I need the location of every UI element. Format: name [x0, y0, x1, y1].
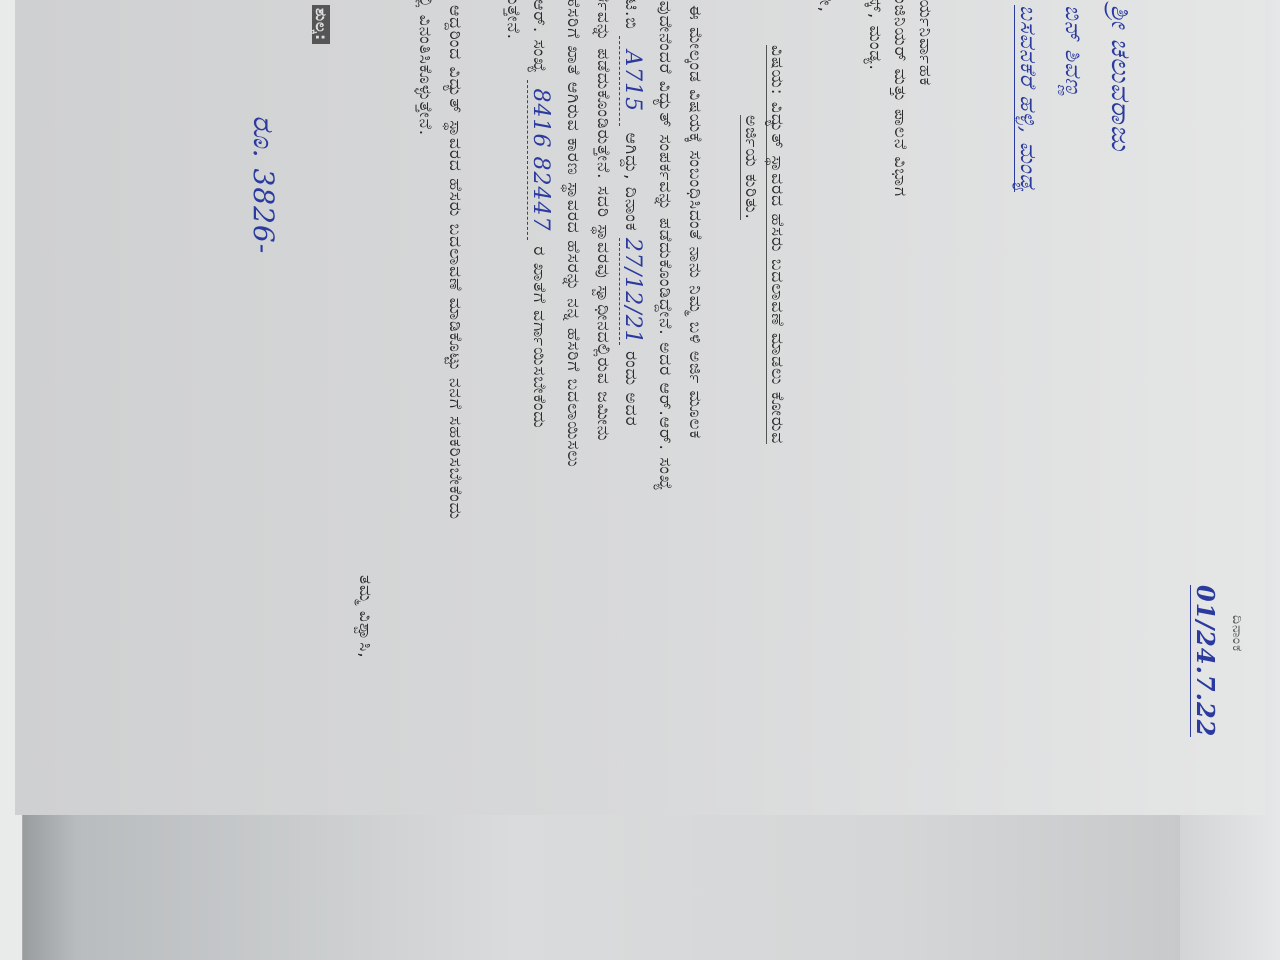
body-line: ಎಸ್.ಟಿ.ಬಿ A715 ಆಗಿದ್ದು, ದಿನಾಂಕ 27/12/21 …: [619, 0, 645, 427]
rr-number-field: A715: [619, 36, 645, 126]
account-number-field: 8416 82447: [527, 80, 553, 240]
subject-text: ವಿದ್ಯುತ್ ಸ್ಥಾವರದ ಹೆಸರು ಬದಲಾವಣೆ ಮಾಡಲು ಕೋರ…: [767, 102, 787, 444]
body-line: ಈ ಮೇಲ್ಕಂಡ ವಿಷಯಕ್ಕೆ ಸಂಬಂಧಿಸಿದಂತೆ ನಾನು ನಿಮ…: [685, 5, 705, 439]
sender-address: ಬಸವನಕೆರೆ ಹಳ್ಳಿ, ಮಂಡ್ಯ: [1014, 5, 1040, 192]
subject-line-1: ವಿಷಯ: ವಿದ್ಯುತ್ ಸ್ಥಾವರದ ಹೆಸರು ಬದಲಾವಣೆ ಮಾಡ…: [766, 45, 787, 444]
connection-date-field: 27/12/21: [619, 238, 645, 345]
salutation: ಮಾನ್ಯರೇ,: [815, 0, 835, 13]
fee-amount: ರೂ. 3826-: [246, 115, 280, 254]
recipient-line-1: ಕಾರ್ಯನಿರ್ವಾಹಕ: [915, 0, 935, 86]
body-line: ಆದ್ದರಿಂದ ವಿದ್ಯುತ್ ಸ್ಥಾವರದ ಹೆಸರು ಬದಲಾವಣೆ …: [445, 5, 465, 520]
body-line: ಸಂಪರ್ಕವನ್ನು ಪಡೆದುಕೊಂಡಿರುತ್ತೇನೆ. ಸದರಿ ಸ್ಥ…: [593, 0, 613, 442]
body-line: ನನ್ನ ಹೆಸರಿಗೆ ಖಾತೆ ಆಗಿರುವ ಕಾರಣ ಸ್ಥಾವರದ ಹೆ…: [563, 0, 583, 468]
body-line: ತಿಳಿಸುವುದೇನೆಂದರೆ ವಿದ್ಯುತ್ ಸಂಪರ್ಕವನ್ನು ಪಡ…: [655, 0, 675, 491]
sender-relation: ಬಿನ್ ಶಿವಣ್ಣ: [1060, 5, 1085, 97]
date-value: 01/24.7.22: [1190, 585, 1220, 737]
letter-page: ದಿನಾಂಕ 01/24.7.22 ರಿಂದ, ಶ್ರೀ ಚಲುವರಾಜು ಬಿ…: [15, 0, 1265, 815]
subject-label: ವಿಷಯ:: [767, 45, 787, 95]
body-line: ತಮ್ಮಲ್ಲಿ ವಿನಂತಿಸಿಕೊಳ್ಳುತ್ತೇನೆ.: [415, 0, 435, 136]
fee-stamp: ಶುಲ್ಕ:: [312, 5, 330, 44]
subject-line-2: ಅರ್ಜಿಯ ಕುರಿತು.: [740, 115, 761, 220]
body-line: ಕೋರುತ್ತೇನೆ.: [503, 0, 523, 40]
sender-name: ಶ್ರೀ ಚಲುವರಾಜು: [1104, 5, 1135, 151]
body-line: ಆರ್.ಆರ್. ಸಂಖ್ಯೆ 8416 82447 ರ ಖಾತೆಗೆ ವರ್ಗ…: [527, 0, 553, 429]
recipient-line-3: ಸೆಸ್ಕ್, ಮಂಡ್ಯ.: [865, 0, 885, 71]
date-label: ದಿನಾಂಕ: [1229, 615, 1245, 652]
closing: ತಮ್ಮ ವಿಶ್ವಾಸಿ,: [355, 575, 375, 659]
recipient-line-2: ಇಂಜಿನಿಯರ್ ಮತ್ತು ಪಾಲನೆ ವಿಭಾಗ: [890, 0, 910, 197]
